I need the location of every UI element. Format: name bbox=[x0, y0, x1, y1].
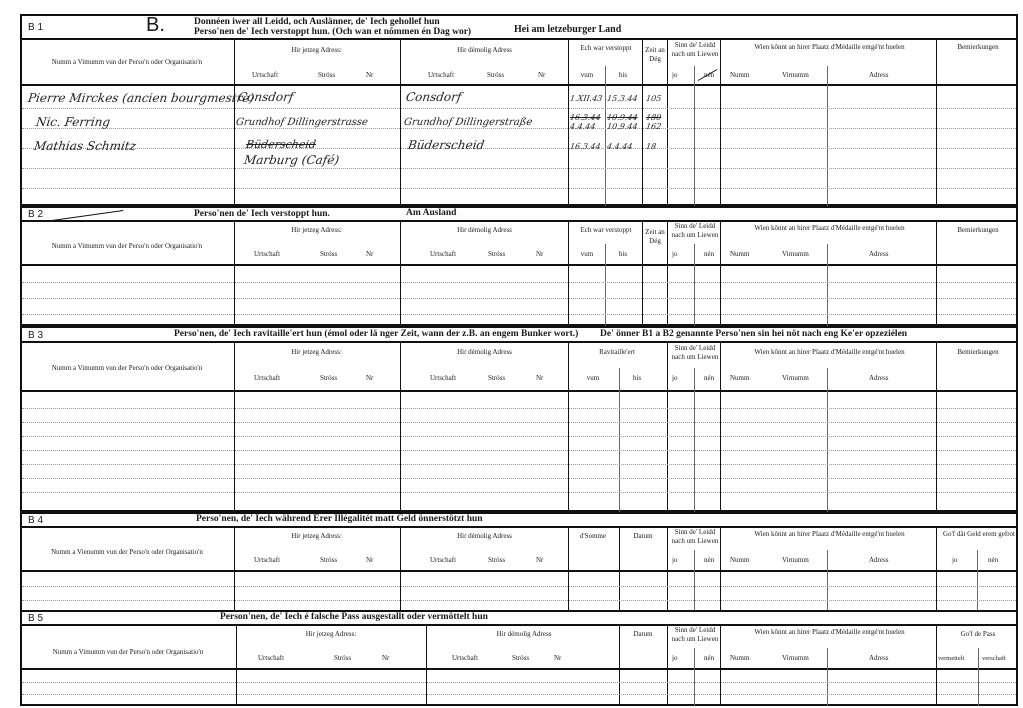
column-divider bbox=[827, 648, 828, 706]
nr-header: Nr bbox=[382, 654, 389, 663]
section-b3: B 3 Perso'nen, de' Iech ravitaille'ert h… bbox=[20, 326, 1018, 512]
section-b3-title-bar: B 3 Perso'nen, de' Iech ravitaille'ert h… bbox=[22, 328, 1016, 343]
bis-header: bis bbox=[622, 374, 652, 383]
numm-header: Numm bbox=[730, 654, 749, 663]
section-id: B 1 bbox=[28, 22, 43, 33]
jo-header: jo bbox=[672, 654, 677, 663]
remarks-header: Bemierkungen bbox=[938, 348, 1018, 357]
nen-header: nén bbox=[704, 250, 714, 259]
bis-header: bis bbox=[608, 250, 638, 259]
header-divider bbox=[22, 570, 1016, 572]
numm-header: Numm bbox=[730, 374, 749, 383]
row-line bbox=[22, 492, 1016, 493]
nr-header: Nr bbox=[554, 654, 561, 663]
verschaft-header: verschaft bbox=[982, 654, 1006, 663]
section-id: B 2 bbox=[28, 209, 43, 220]
vum-header: vum bbox=[572, 250, 602, 259]
stross-header: Stróss bbox=[488, 250, 505, 259]
stross-header: Stróss bbox=[512, 654, 529, 663]
pass-header: Go'f de Pass bbox=[938, 630, 1018, 639]
days-header: Zeit an Dég bbox=[644, 46, 666, 64]
section-b2: B 2 Perso'nen de' Iech verstoppt hun. Am… bbox=[20, 206, 1018, 326]
adress-header: Adress bbox=[869, 374, 888, 383]
urtschaft-header: Urtschaft bbox=[252, 71, 278, 80]
stross-header: Stróss bbox=[320, 374, 337, 383]
virnumm-header: Virnumm bbox=[782, 374, 809, 383]
row-line bbox=[22, 464, 1016, 465]
virnumm-header: Virnumm bbox=[782, 250, 809, 259]
column-divider bbox=[642, 40, 643, 206]
column-divider bbox=[694, 550, 695, 612]
column-divider bbox=[694, 648, 695, 706]
row-line bbox=[22, 168, 1016, 169]
name-col-header: Numm a Vimumm vun der Perso'n oder Organ… bbox=[22, 364, 232, 373]
bis-header: bis bbox=[608, 71, 638, 80]
vermettelt-header: vermettelt bbox=[938, 654, 964, 663]
section-id: B 3 bbox=[28, 330, 43, 341]
decor-slash bbox=[52, 210, 123, 221]
stross-header: Stróss bbox=[487, 71, 504, 80]
date-header: Datum bbox=[620, 630, 666, 639]
header-divider bbox=[22, 390, 1016, 392]
date-header: Datum bbox=[620, 532, 666, 541]
urtschaft-header: Urtschaft bbox=[452, 654, 478, 663]
entry-name[interactable]: Pierre Mirckes (ancien bourgmestre) bbox=[27, 91, 255, 105]
column-divider bbox=[977, 550, 978, 612]
entry-from[interactable]: 4.4.44 bbox=[569, 122, 596, 131]
section-b5: B 5 Person'nen, de' Iech é falsche Pass … bbox=[20, 610, 1018, 706]
former-address-header: Hir démolig Adress bbox=[428, 630, 620, 639]
urtschaft-header: Urtschaft bbox=[254, 556, 280, 565]
vum-header: vum bbox=[578, 374, 608, 383]
stross-header: Stróss bbox=[318, 71, 335, 80]
current-address-header: Hir jetzeg Adress: bbox=[236, 630, 426, 639]
section-title: Perso'nen, de' Iech ravitaille'ert hun (… bbox=[174, 329, 578, 339]
jo-header: jo bbox=[952, 556, 957, 565]
row-line bbox=[22, 408, 1016, 409]
row-line bbox=[22, 148, 1016, 149]
column-divider bbox=[936, 222, 937, 326]
form-letter: B. bbox=[146, 14, 165, 37]
urtschaft-header: Urtschaft bbox=[430, 556, 456, 565]
numm-header: Numm bbox=[730, 71, 749, 80]
column-divider bbox=[694, 368, 695, 512]
nr-header: Nr bbox=[538, 71, 545, 80]
column-divider bbox=[568, 343, 569, 512]
row-line bbox=[22, 478, 1016, 479]
row-line bbox=[22, 436, 1016, 437]
nen-header: nén bbox=[988, 556, 998, 565]
entry-name[interactable]: Nic. Ferring bbox=[35, 115, 111, 129]
medal-header: Wien kõnnt an hirer Plaatz d'Médaille en… bbox=[722, 224, 937, 233]
adress-header: Adress bbox=[869, 250, 888, 259]
section-title: Perso'nen, de' Iech während Erer Illégal… bbox=[196, 514, 483, 524]
stross-header: Stróss bbox=[320, 250, 337, 259]
row-line bbox=[22, 682, 1016, 683]
row-line bbox=[22, 314, 1016, 315]
current-address-header: Hir jetzeg Adress: bbox=[234, 532, 399, 541]
urtschaft-header: Urtschaft bbox=[258, 654, 284, 663]
entry-current-address[interactable]: Grundhof Dillingerstrasse bbox=[235, 117, 368, 128]
remarks-header: Bemierkungen bbox=[938, 43, 1018, 52]
section-b4-title-bar: B 4 Perso'nen, de' Iech während Erer Ill… bbox=[22, 514, 1016, 528]
section-id: B 5 bbox=[28, 613, 43, 624]
nr-header: Nr bbox=[536, 374, 543, 383]
section-title-right: Am Ausland bbox=[406, 208, 456, 218]
virnumm-header: Virnumm bbox=[782, 71, 809, 80]
entry-name[interactable]: Mathias Schmitz bbox=[33, 139, 137, 153]
column-divider bbox=[667, 222, 668, 326]
jo-header: jo bbox=[672, 71, 677, 80]
stross-header: Stróss bbox=[488, 556, 505, 565]
row-line bbox=[22, 282, 1016, 283]
urtschaft-header: Urtschaft bbox=[254, 374, 280, 383]
alive-header: Sinn de' Leidd nach um Liewen bbox=[670, 626, 720, 644]
column-divider bbox=[400, 40, 401, 206]
section-b5-title-bar: B 5 Person'nen, de' Iech é falsche Pass … bbox=[22, 612, 1016, 626]
urtschaft-header: Urtschaft bbox=[428, 71, 454, 80]
section-title: Person'nen, de' Iech é falsche Pass ausg… bbox=[220, 612, 488, 622]
entry-current-address-struck[interactable]: Büderscheid bbox=[245, 138, 317, 151]
virnumm-header: Virnumm bbox=[782, 654, 809, 663]
vum-header: vum bbox=[572, 71, 602, 80]
nen-header: nén bbox=[704, 654, 714, 663]
column-divider bbox=[936, 40, 937, 206]
entry-current-address[interactable]: Marburg (Café) bbox=[243, 153, 340, 167]
repay-header: Go'f dät Geld erem gefrot bbox=[940, 530, 1018, 539]
section-id: B 4 bbox=[28, 515, 43, 526]
column-divider bbox=[234, 222, 235, 326]
entry-days[interactable]: 105 bbox=[645, 94, 662, 103]
entry-from-struck[interactable]: 16.3.44 bbox=[569, 113, 601, 122]
stross-header: Stróss bbox=[488, 374, 505, 383]
column-divider bbox=[720, 40, 721, 206]
jo-header: jo bbox=[672, 374, 677, 383]
alive-header: Sinn de' Leidd nach um Liewen bbox=[670, 528, 720, 546]
current-address-header: Hir jetzeg Adress: bbox=[234, 46, 399, 55]
column-divider bbox=[720, 222, 721, 326]
column-divider bbox=[568, 222, 569, 326]
header-divider bbox=[22, 264, 1016, 266]
column-divider bbox=[936, 343, 937, 512]
row-line bbox=[22, 586, 1016, 587]
column-divider bbox=[400, 222, 401, 326]
adress-header: Adress bbox=[869, 556, 888, 565]
virnumm-header: Virnumm bbox=[782, 556, 809, 565]
column-divider bbox=[827, 550, 828, 612]
section-b1-title-bar: B 1 B. Donnéen iwer all Leidd, och Auslä… bbox=[22, 16, 1016, 40]
entry-days-struck[interactable]: 180 bbox=[645, 113, 662, 122]
section-title-right: De' önner B1 a B2 genannte Perso'nen sin… bbox=[600, 329, 907, 339]
nen-header: nén bbox=[704, 556, 714, 565]
alive-header: Sinn de' Leidd nach um Liewen bbox=[670, 222, 720, 240]
days-header: Zeit an Dég bbox=[644, 228, 666, 246]
former-address-header: Hir démolig Adress bbox=[402, 46, 567, 55]
period-header: Ech war verstoppt bbox=[568, 226, 644, 235]
name-col-header: Numm a Vimumm vun der Perso'n oder Organ… bbox=[22, 58, 232, 67]
column-divider bbox=[642, 222, 643, 326]
section-b4: B 4 Perso'nen, de' Iech während Erer Ill… bbox=[20, 512, 1018, 612]
row-line bbox=[22, 422, 1016, 423]
period-header: Ech war verstoppt bbox=[568, 44, 644, 53]
row-line bbox=[22, 188, 1016, 189]
header-divider bbox=[22, 668, 1016, 670]
entry-days[interactable]: 18 bbox=[645, 142, 656, 151]
numm-header: Numm bbox=[730, 556, 749, 565]
entry-to[interactable]: 4.4.44 bbox=[606, 142, 633, 151]
column-divider bbox=[827, 368, 828, 512]
period-header: Ravitaille'ert bbox=[568, 348, 666, 357]
entry-former-address[interactable]: Büderscheid bbox=[407, 138, 485, 152]
column-divider bbox=[694, 66, 695, 206]
adress-header: Adress bbox=[869, 654, 888, 663]
jo-header: jo bbox=[672, 250, 677, 259]
former-address-header: Hir démolig Adress bbox=[402, 226, 567, 235]
column-divider bbox=[234, 343, 235, 512]
row-line bbox=[22, 600, 1016, 601]
remarks-header: Bemierkungen bbox=[938, 226, 1018, 235]
section-b2-title-bar: B 2 Perso'nen de' Iech verstoppt hun. Am… bbox=[22, 208, 1016, 222]
current-address-header: Hir jetzeg Adress: bbox=[234, 226, 399, 235]
entry-from[interactable]: 16.3.44 bbox=[569, 142, 601, 151]
section-title-line2: Perso'nen de' Iech verstoppt hun. (Och w… bbox=[194, 27, 471, 37]
entry-from[interactable]: 1.XII.43 bbox=[569, 94, 603, 103]
medal-header: Wien kõnnt an hirer Plaatz d'Médaille en… bbox=[722, 43, 937, 52]
urtschaft-header: Urtschaft bbox=[430, 250, 456, 259]
row-line bbox=[22, 108, 1016, 109]
column-divider bbox=[667, 40, 668, 206]
section-title-line1: Donnéen iwer all Leidd, och Auslänner, d… bbox=[194, 17, 440, 27]
section-b1: B 1 B. Donnéen iwer all Leidd, och Auslä… bbox=[20, 14, 1018, 206]
adress-header: Adress bbox=[869, 71, 888, 80]
urtschaft-header: Urtschaft bbox=[254, 250, 280, 259]
row-line bbox=[22, 298, 1016, 299]
medal-header: Wien kõnnt an hirer Plaatz d'Médaille en… bbox=[722, 348, 937, 357]
column-divider bbox=[720, 343, 721, 512]
former-address-header: Hir démolig Adress bbox=[402, 348, 567, 357]
former-address-header: Hir démolig Adress bbox=[402, 532, 567, 541]
entry-to-struck[interactable]: 10.9.44 bbox=[606, 113, 638, 122]
entry-former-address[interactable]: Grundhof Dillingerstraße bbox=[403, 117, 533, 128]
medal-header: Wien kõnnt an hirer Plaatz d'Médaille en… bbox=[722, 628, 937, 637]
jo-header: jo bbox=[672, 556, 677, 565]
alive-header: Sinn de' Leidd nach um Liewen bbox=[670, 344, 720, 362]
entry-days[interactable]: 162 bbox=[645, 122, 662, 131]
numm-header: Numm bbox=[730, 250, 749, 259]
current-address-header: Hir jetzeg Adress: bbox=[234, 348, 399, 357]
entry-to[interactable]: 15.3.44 bbox=[606, 94, 638, 103]
entry-former-address[interactable]: Consdorf bbox=[405, 90, 462, 104]
nr-header: Nr bbox=[536, 250, 543, 259]
stross-header: Stróss bbox=[320, 556, 337, 565]
section-title: Perso'nen de' Iech verstoppt hun. bbox=[194, 209, 330, 219]
row-line bbox=[22, 128, 1016, 129]
nen-header: nén bbox=[704, 374, 714, 383]
column-divider bbox=[619, 368, 620, 512]
alive-header: Sinn de' Leidd nach um Liewen bbox=[670, 41, 720, 59]
header-divider bbox=[22, 84, 1016, 86]
row-line bbox=[22, 694, 1016, 695]
name-col-header: Numm a Vienumm vun der Perso'n oder Orga… bbox=[22, 548, 232, 557]
entry-to[interactable]: 10.9.44 bbox=[606, 122, 638, 131]
name-col-header: Numm a Vimumm vun der Perso'n oder Organ… bbox=[22, 242, 232, 251]
stross-header: Stróss bbox=[334, 654, 351, 663]
entry-current-address[interactable]: Consdorf bbox=[237, 90, 294, 104]
section-title-right: Hei am letzeburger Land bbox=[514, 24, 621, 35]
row-line bbox=[22, 450, 1016, 451]
nr-header: Nr bbox=[366, 250, 373, 259]
column-divider bbox=[568, 40, 569, 206]
sum-header: d'Somme bbox=[568, 532, 618, 541]
nr-header: Nr bbox=[366, 556, 373, 565]
column-divider bbox=[978, 648, 979, 706]
nr-header: Nr bbox=[366, 71, 373, 80]
column-divider bbox=[827, 66, 828, 206]
urtschaft-header: Urtschaft bbox=[430, 374, 456, 383]
column-divider bbox=[400, 343, 401, 512]
medal-header: Wien kõnnt an hirer Plaatz d'Médaille en… bbox=[722, 530, 937, 539]
name-col-header: Numm a Vimumm vun der Perso'n oder Organ… bbox=[22, 648, 234, 657]
nr-header: Nr bbox=[536, 556, 543, 565]
nr-header: Nr bbox=[366, 374, 373, 383]
column-divider bbox=[605, 66, 606, 206]
column-divider bbox=[667, 343, 668, 512]
